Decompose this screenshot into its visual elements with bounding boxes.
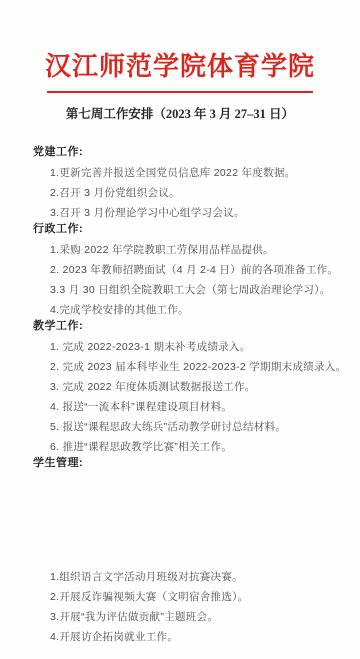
work-section: 行政工作:1.采购 2022 年学院教职工劳保用品样品提供。2. 2023 年教… — [33, 223, 327, 316]
document-subtitle: 第七周工作安排（2023 年 3 月 27–31 日） — [33, 106, 327, 122]
work-item: 4.开展访企拓岗就业工作。 — [33, 632, 327, 644]
document-page: 汉江师范学院体育学院 第七周工作安排（2023 年 3 月 27–31 日） 党… — [0, 0, 360, 659]
work-item: 2.召开 3 月份党组织会议。 — [33, 188, 327, 200]
work-item: 2. 2023 年教师招聘面试（4 月 2-4 日）前的各项准备工作。 — [33, 265, 327, 277]
title-underline — [47, 91, 313, 93]
work-item: 4.完成学校安排的其他工作。 — [33, 305, 327, 317]
work-item: 1.更新完善并报送全国党员信息库 2022 年度数据。 — [33, 168, 327, 180]
work-item: 3.召开 3 月份理论学习中心组学习会议。 — [33, 208, 327, 220]
work-item: 3. 完成 2022 年度体质测试数据报送工作。 — [33, 382, 327, 394]
section-heading: 党建工作: — [33, 146, 327, 159]
work-section: 党建工作:1.更新完善并报送全国党员信息库 2022 年度数据。2.召开 3 月… — [33, 146, 327, 219]
section-heading: 教学工作: — [33, 320, 327, 333]
work-item: 3.开展“我为评估做贡献”主题班会。 — [33, 612, 327, 624]
sections-container: 党建工作:1.更新完善并报送全国党员信息库 2022 年度数据。2.召开 3 月… — [33, 146, 327, 644]
work-item: 4. 报送“一流本科”课程建设项目材料。 — [33, 402, 327, 414]
work-item: 1.采购 2022 年学院教职工劳保用品样品提供。 — [33, 245, 327, 257]
section-heading: 学生管理: — [33, 457, 327, 470]
work-item: 3.3 月 30 日组织全院教职工大会（第七周政治理论学习）。 — [33, 285, 327, 297]
section-heading: 行政工作: — [33, 223, 327, 236]
work-item: 6. 推进“课程思政教学比赛”相关工作。 — [33, 442, 327, 454]
work-item: 5. 报送“课程思政大练兵”活动教学研讨总结材料。 — [33, 422, 327, 434]
work-item: 1. 完成 2022-2023-1 期末补考成绩录入。 — [33, 342, 327, 354]
work-item: 1.组织语言文字活动月班级对抗赛决赛。 — [33, 572, 327, 584]
work-item: 2.开展反诈骗视频大赛（文明宿舍推选）。 — [33, 592, 327, 604]
work-item: 2. 完成 2023 届本科毕业生 2022-2023-2 学期期末成绩录入。 — [33, 362, 327, 374]
work-section: 教学工作:1. 完成 2022-2023-1 期末补考成绩录入。2. 完成 20… — [33, 320, 327, 453]
document-title: 汉江师范学院体育学院 — [33, 0, 327, 84]
work-section: 学生管理:1.组织语言文字活动月班级对抗赛决赛。2.开展反诈骗视频大赛（文明宿舍… — [33, 457, 327, 644]
